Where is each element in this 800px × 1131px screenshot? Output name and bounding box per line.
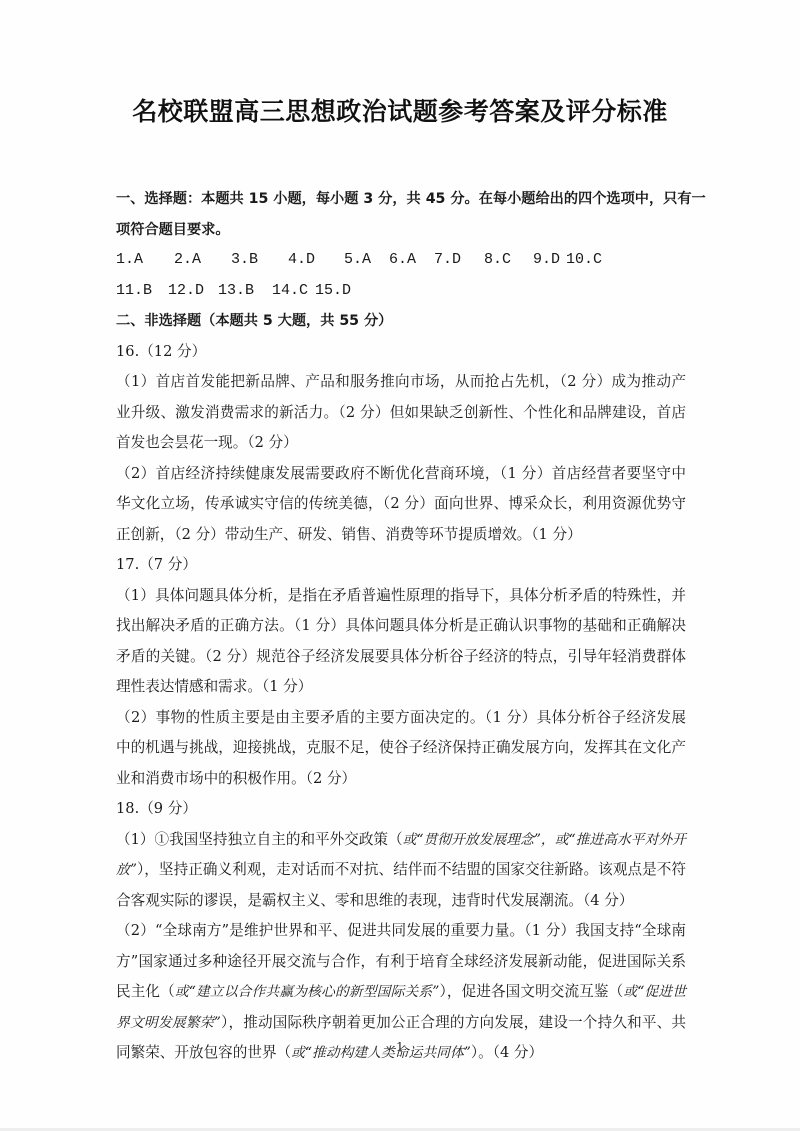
page-number: 1 xyxy=(0,1040,800,1054)
q18-part2-text-b: ），促进各国文明交流互鉴（ xyxy=(439,983,623,1000)
answer-item: 5.A xyxy=(344,245,389,276)
answer-row-1: 1.A 2.A 3.B 4.D 5.A 6.A 7.D 8.C 9.D 10.C xyxy=(116,245,686,276)
answer-item: 15.D xyxy=(315,276,365,307)
answer-item: 14.C xyxy=(272,276,315,307)
document-body: 一、选择题：本题共 15 小题，每小题 3 分，共 45 分。在每小题给出的四个… xyxy=(116,184,686,1069)
answer-item: 10.C xyxy=(566,245,616,276)
answer-item: 8.C xyxy=(484,245,533,276)
answer-item: 6.A xyxy=(389,245,434,276)
q16-header: 16.（12 分） xyxy=(116,337,686,368)
answer-item: 13.B xyxy=(218,276,272,307)
q18-part1-text-b: ），坚持正确义利观，走对话而不对抗、结伴而不结盟的国家交往新路。该观点是不符合客… xyxy=(116,861,686,909)
q18-header: 18.（9 分） xyxy=(116,794,686,825)
answer-item: 7.D xyxy=(434,245,484,276)
document-page: 名校联盟高三思想政治试题参考答案及评分标准 一、选择题：本题共 15 小题，每小… xyxy=(0,0,800,1131)
q17-part1-answer: （1）具体问题具体分析，是指在矛盾普遍性原理的指导下，具体分析矛盾的特殊性，并找… xyxy=(116,581,686,703)
answer-item: 9.D xyxy=(533,245,566,276)
q18-part1-text-a: （1）①我国坚持独立自主的和平外交政策（ xyxy=(116,831,403,848)
section1-heading-line1: 一、选择题：本题共 15 小题，每小题 3 分，共 45 分。在每小题给出的四个… xyxy=(116,184,686,215)
answer-item: 4.D xyxy=(288,245,344,276)
q18-part1-answer: （1）①我国坚持独立自主的和平外交政策（或“贯彻开放发展理念”，或“推进高水平对… xyxy=(116,825,686,917)
section2-heading: 二、非选择题（本题共 5 大题，共 55 分） xyxy=(116,306,686,337)
answer-item: 2.A xyxy=(174,245,231,276)
answer-item: 11.B xyxy=(116,276,168,307)
answer-item: 3.B xyxy=(231,245,288,276)
answer-item: 12.D xyxy=(168,276,218,307)
section1-heading-line2: 项符合题目要求。 xyxy=(116,215,686,246)
q16-part1-answer: （1）首店首发能把新品牌、产品和服务推向市场，从而抢占先机，（2 分）成为推动产… xyxy=(116,367,686,459)
q17-header: 17.（7 分） xyxy=(116,550,686,581)
q17-part2-answer: （2）事物的性质主要是由主要矛盾的主要方面决定的。（1 分）具体分析谷子经济发展… xyxy=(116,703,686,795)
answer-row-2: 11.B 12.D 13.B 14.C 15.D xyxy=(116,276,686,307)
answer-item: 1.A xyxy=(116,245,174,276)
document-title: 名校联盟高三思想政治试题参考答案及评分标准 xyxy=(0,92,800,128)
q16-part2-answer: （2）首店经济持续健康发展需要政府不断优化营商环境，（1 分）首店经营者要坚守中… xyxy=(116,459,686,551)
q18-part2-alternative-1: 或“建立以合作共赢为核心的新型国际关系” xyxy=(175,984,440,1000)
